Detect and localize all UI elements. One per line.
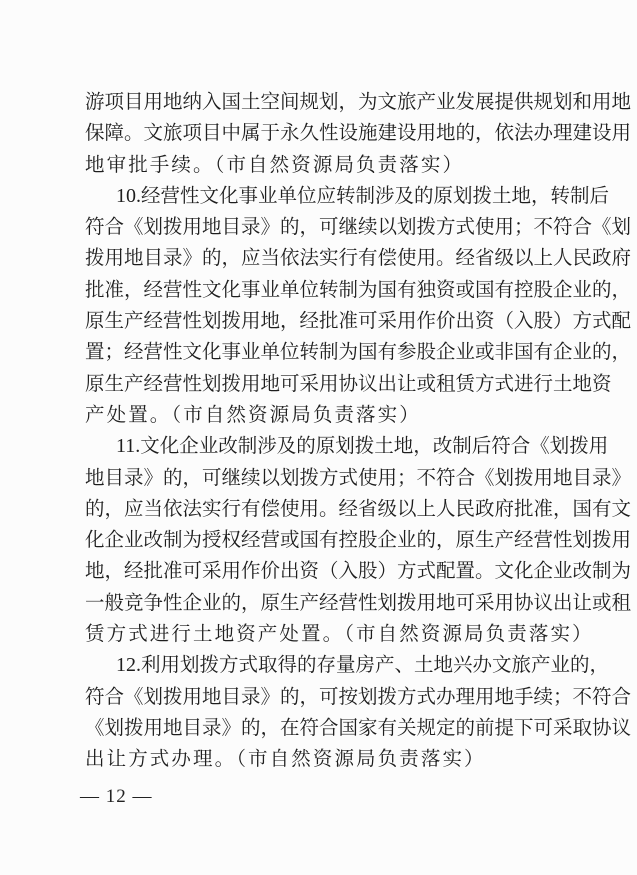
paragraph-item-10: 10.经营性文化事业单位应转制涉及的原划拨土地，转制后 符合《划拨用地目录》的，… [85, 180, 557, 430]
text-line: 地审批手续。（市自然资源局负责落实） [85, 149, 557, 180]
text-line: 的，应当依法实行有偿使用。经省级以上人民政府批准，国有文 [85, 493, 557, 524]
text-span: 文化企业改制涉及的原划拨土地，改制后符合《划拨用 [140, 434, 608, 457]
paragraph-item-12: 12.利用划拨方式取得的存量房产、土地兴办文旅产业的， 符合《划拨用地目录》的，… [85, 649, 557, 774]
text-line: 12.利用划拨方式取得的存量房产、土地兴办文旅产业的， [85, 649, 557, 680]
text-line: 赁方式进行土地资产处置。（市自然资源局负责落实） [85, 618, 557, 649]
text-line: 游项目用地纳入国土空间规划，为文旅产业发展提供规划和用地 [85, 86, 557, 117]
text-line: 批准，经营性文化事业单位转制为国有独资或国有控股企业的， [85, 274, 557, 305]
paragraph-continuation: 游项目用地纳入国土空间规划，为文旅产业发展提供规划和用地 保障。文旅项目中属于永… [85, 86, 557, 180]
text-line: 10.经营性文化事业单位应转制涉及的原划拨土地，转制后 [85, 180, 557, 211]
item-number: 10. [116, 185, 141, 207]
text-line: 原生产经营性划拨用地可采用协议出让或租赁方式进行土地资 [85, 368, 557, 399]
text-line: 保障。文旅项目中属于永久性设施建设用地的，依法办理建设用 [85, 117, 557, 148]
text-line: 《划拨用地目录》的，在符合国家有关规定的前提下可采取协议 [85, 712, 557, 743]
text-span: 经营性文化事业单位应转制涉及的原划拨土地，转制后 [141, 184, 609, 207]
text-line: 拨用地目录》的，应当依法实行有偿使用。经省级以上人民政府 [85, 242, 557, 273]
text-line: 原生产经营性划拨用地，经批准可采用作价出资（入股）方式配 [85, 305, 557, 336]
text-line: 出让方式办理。（市自然资源局负责落实） [85, 743, 557, 774]
text-line: 符合《划拨用地目录》的，可继续以划拨方式使用；不符合《划 [85, 211, 557, 242]
item-number: 12. [116, 654, 141, 676]
text-line: 符合《划拨用地目录》的，可按划拨方式办理用地手续；不符合 [85, 681, 557, 712]
document-body: 游项目用地纳入国土空间规划，为文旅产业发展提供规划和用地 保障。文旅项目中属于永… [85, 86, 557, 775]
text-line: 地，经批准可采用作价出资（入股）方式配置。文化企业改制为 [85, 555, 557, 586]
text-span: 利用划拨方式取得的存量房产、土地兴办文旅产业的， [141, 653, 609, 676]
text-line: 11.文化企业改制涉及的原划拨土地，改制后符合《划拨用 [85, 430, 557, 461]
item-number: 11. [116, 435, 140, 457]
text-line: 地目录》的，可继续以划拨方式使用；不符合《划拨用地目录》 [85, 462, 557, 493]
text-line: 一般竞争性企业的，原生产经营性划拨用地可采用协议出让或租 [85, 587, 557, 618]
text-line: 置；经营性文化事业单位转制为国有参股企业或非国有企业的， [85, 336, 557, 367]
text-line: 化企业改制为授权经营或国有控股企业的，原生产经营性划拨用 [85, 524, 557, 555]
paragraph-item-11: 11.文化企业改制涉及的原划拨土地，改制后符合《划拨用 地目录》的，可继续以划拨… [85, 430, 557, 649]
page-number: — 12 — [80, 786, 153, 808]
text-line: 产处置。（市自然资源局负责落实） [85, 399, 557, 430]
